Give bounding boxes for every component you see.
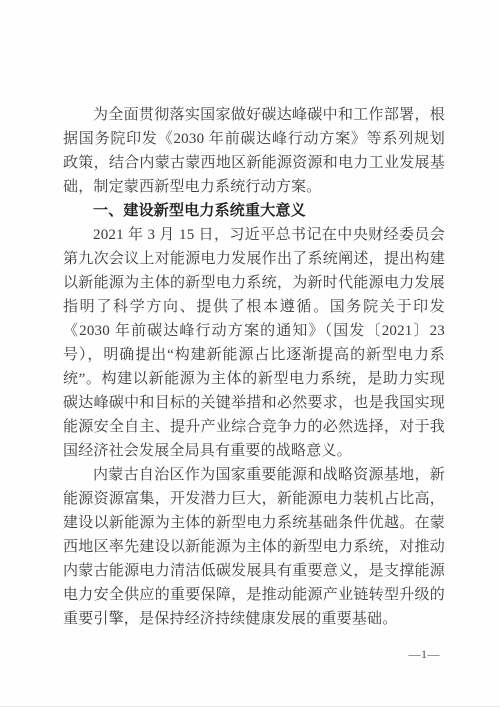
paragraph-intro: 为全面贯彻落实国家做好碳达峰碳中和工作部署，根据国务院印发《2030 年前碳达峰… <box>63 103 445 199</box>
document-page: 为全面贯彻落实国家做好碳达峰碳中和工作部署，根据国务院印发《2030 年前碳达峰… <box>0 0 500 707</box>
page-number: —1— <box>409 646 441 662</box>
paragraph-inner-mongolia: 内蒙古自治区作为国家重要能源和战略资源基地，新能源资源富集，开发潜力巨大，新能源… <box>63 463 445 631</box>
paragraph-significance: 2021 年 3 月 15 日，习近平总书记在中央财经委员会第九次会议上对能源电… <box>63 223 445 463</box>
section-heading-1: 一、建设新型电力系统重大意义 <box>63 199 445 223</box>
document-body: 为全面贯彻落实国家做好碳达峰碳中和工作部署，根据国务院印发《2030 年前碳达峰… <box>63 103 445 631</box>
